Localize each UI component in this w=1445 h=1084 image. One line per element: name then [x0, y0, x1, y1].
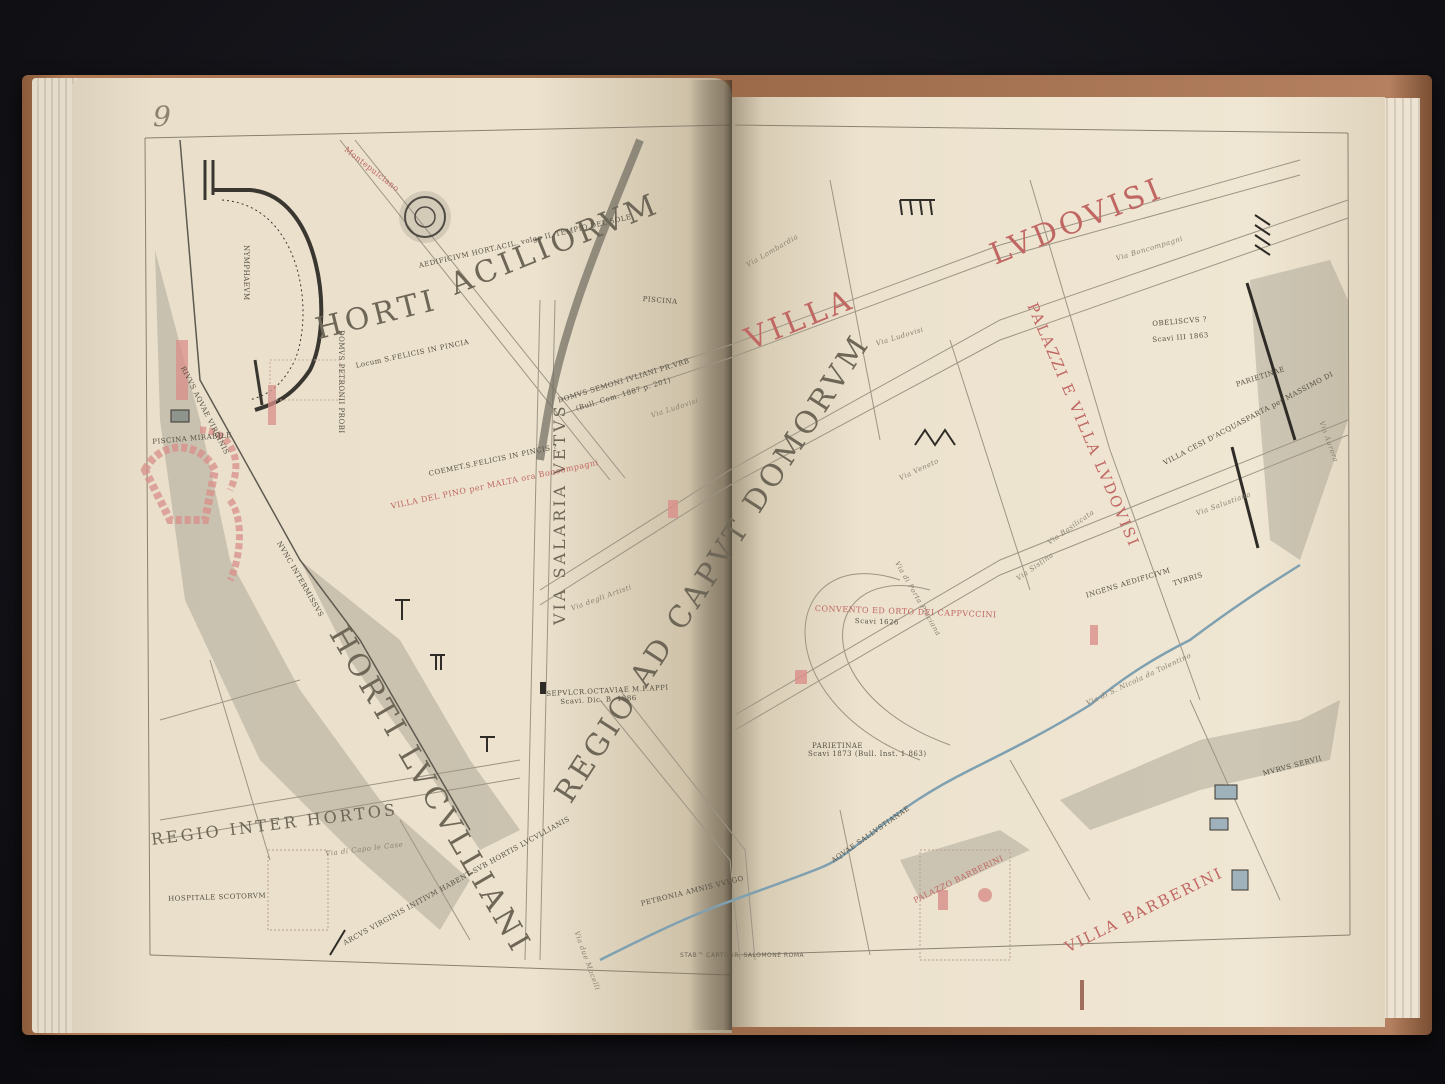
plate-border [145, 125, 1350, 975]
nymphaeum-structure [205, 160, 321, 410]
sepulcrum-marker [540, 682, 546, 694]
map-label-nymphaeum: NYMPHAEVM [242, 245, 250, 301]
plate-number: 9 [153, 100, 171, 133]
map-label-parietinae-1-sub: Scavi 1873 (Bull. Inst. 1 863) [808, 750, 927, 758]
map-label-parietinae-1: PARIETINAE [812, 742, 863, 750]
piscina-cistern [171, 410, 189, 422]
map-label-domus-pinciorum: DOMVS PETRONII PROBI [337, 330, 345, 434]
map-label-via-salaria-vetus: VIA SALARIA VETVS [550, 403, 569, 625]
temple-structure [399, 191, 451, 243]
printer-imprint: STAB™ CARTOGR. SALOMONE ROMA [680, 952, 804, 959]
map-label-convento-date: Scavi 1626 [855, 617, 899, 627]
